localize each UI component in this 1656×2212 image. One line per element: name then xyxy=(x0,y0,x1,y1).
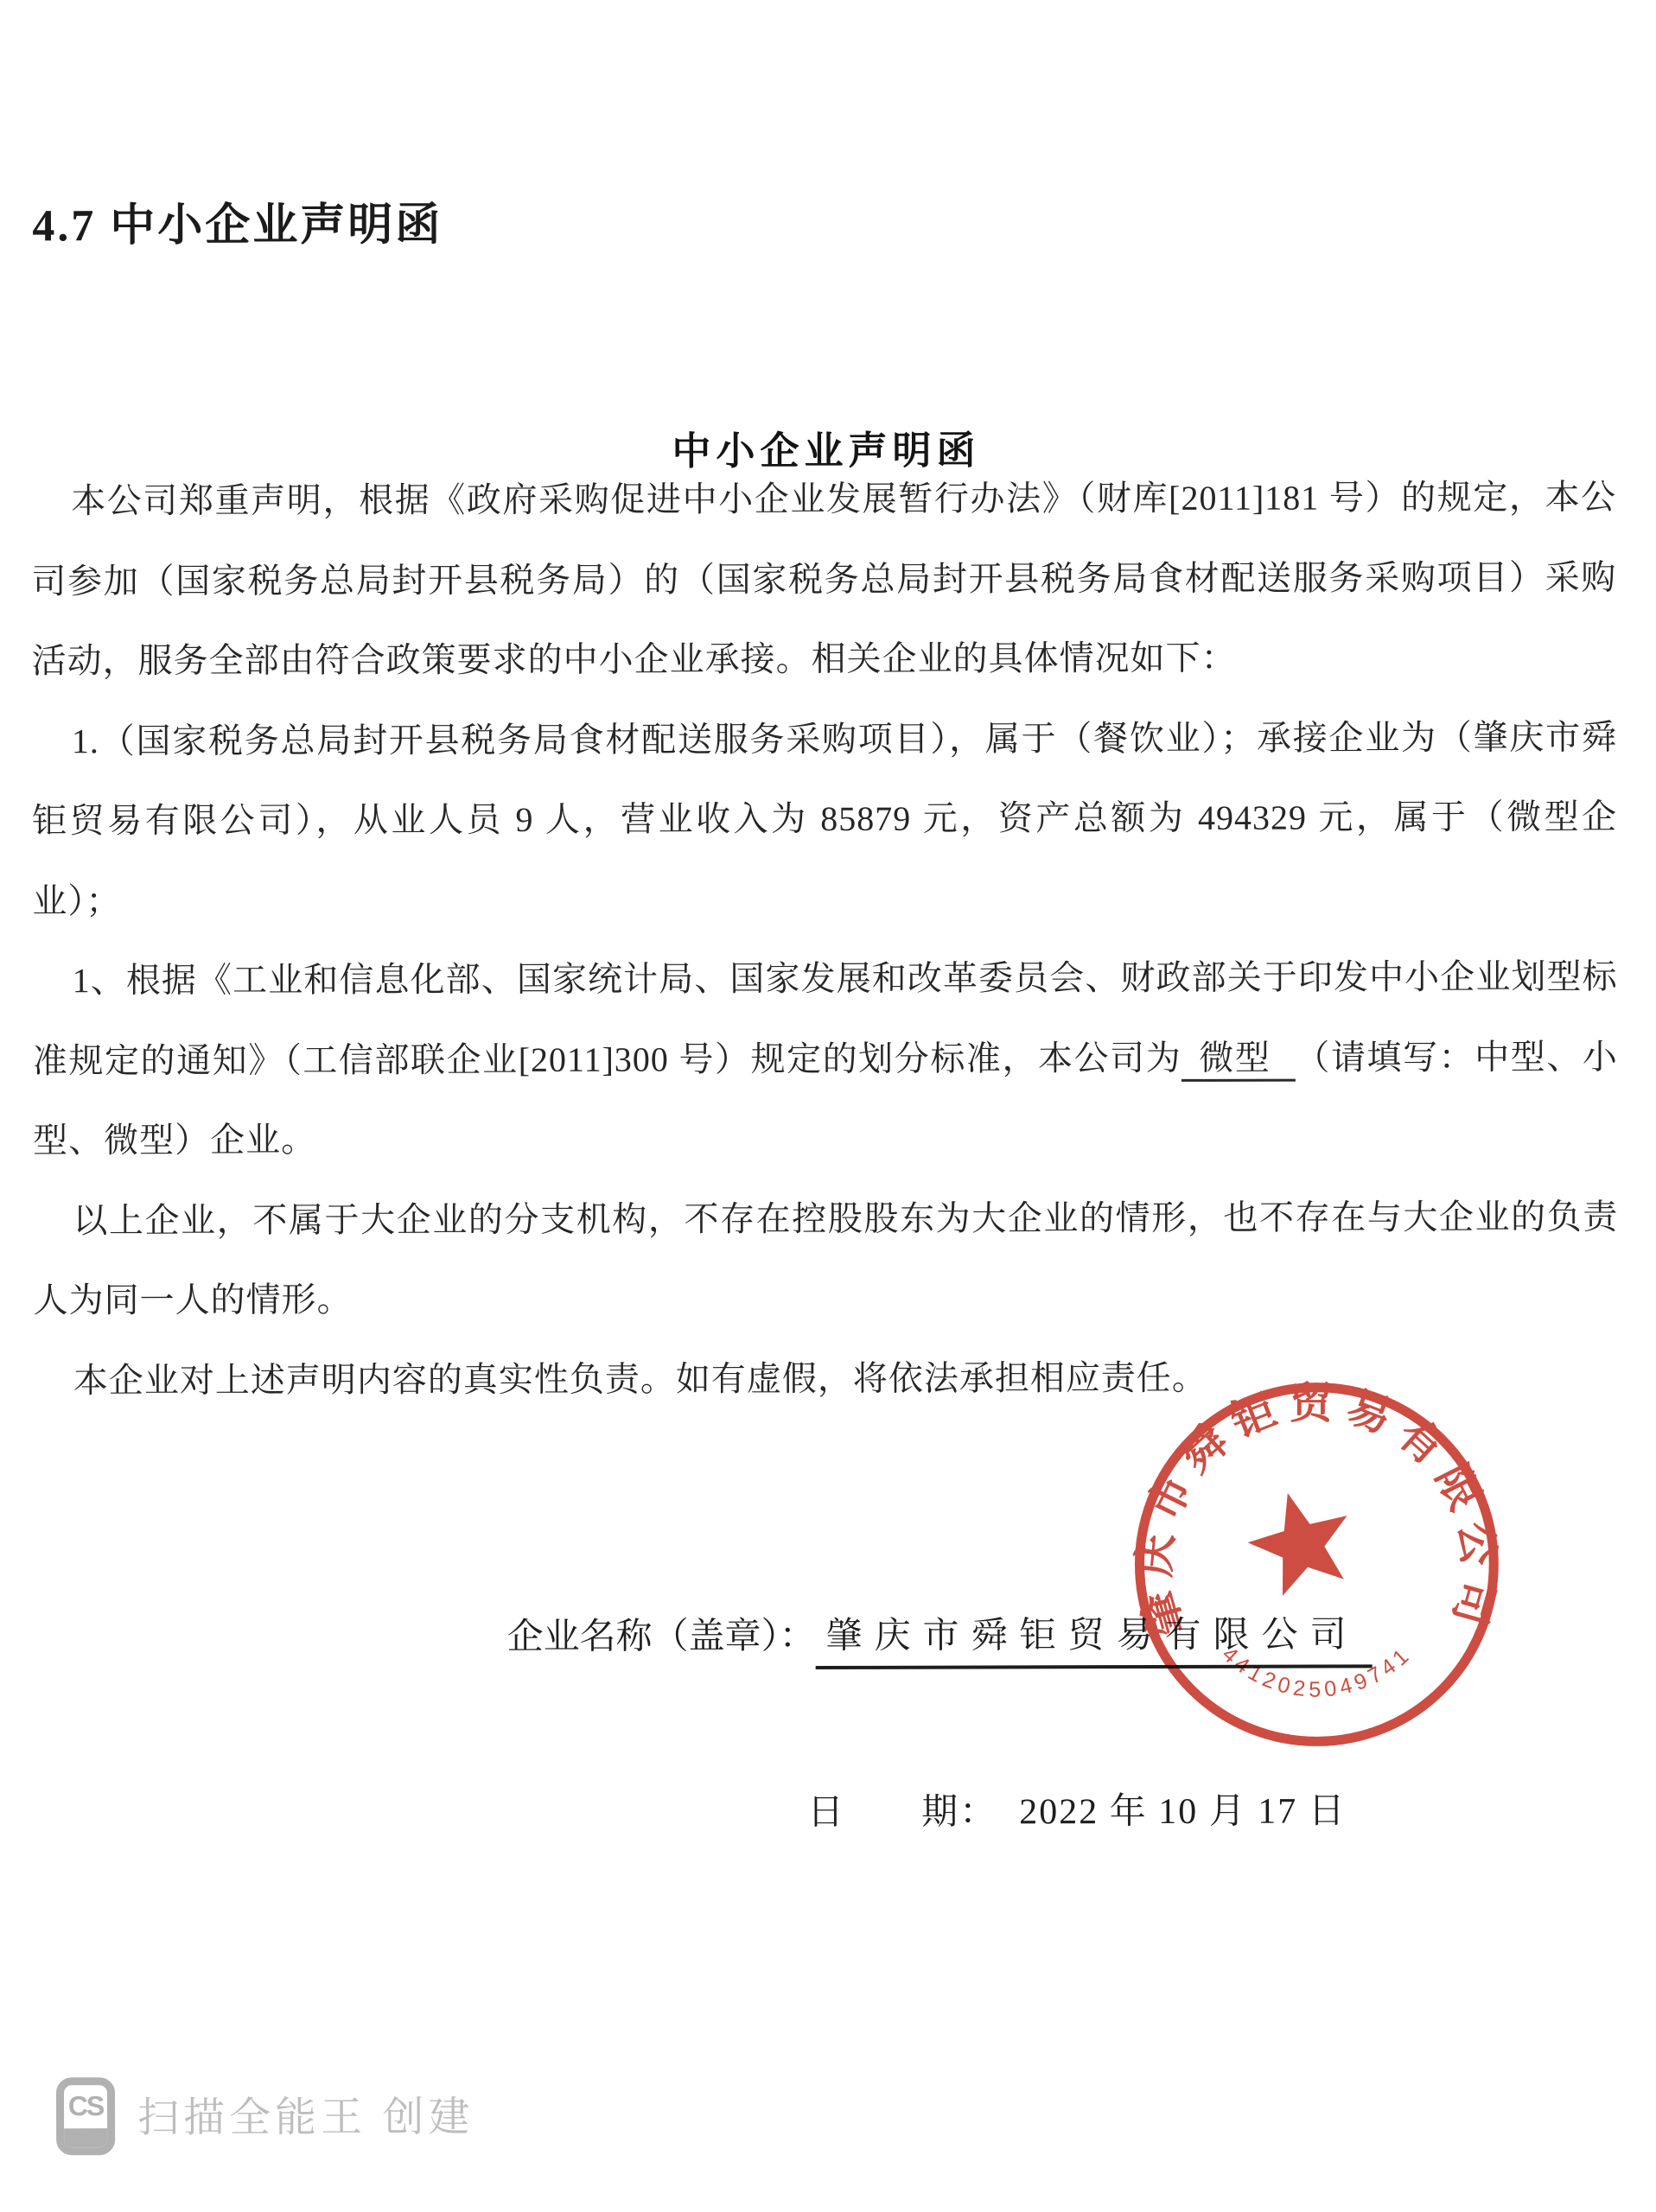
section-heading: 4.7 中小企业声明函 xyxy=(32,188,443,253)
watermark-text: 扫描全能王 创建 xyxy=(137,2083,475,2144)
company-name: 肇庆市舜钜贸易有限公司 xyxy=(816,1605,1373,1669)
enterprise-type-fill: 微型 xyxy=(1181,1038,1295,1081)
camscanner-logo-letters: CS xyxy=(64,2090,107,2122)
camscanner-logo-bar xyxy=(64,2128,107,2147)
paragraph-responsibility: 本企业对上述声明内容的真实性负责。如有虚假，将依法承担相应责任。 xyxy=(34,1337,1619,1421)
seal-ring xyxy=(1139,1387,1494,1742)
company-seal-stamp: 肇庆市舜钜贸易有限公司 4412025049741 xyxy=(1124,1372,1509,1757)
seal-arc-text: 肇庆市舜钜贸易有限公司 xyxy=(1129,1378,1504,1641)
seal-star-icon xyxy=(1238,1479,1363,1600)
document-body: 本公司郑重声明，根据《政府采购促进中小企业发展暂行办法》（财库[2011]181… xyxy=(31,458,1619,1421)
paragraph-item1: 1.（国家税务总局封开县税务局食材配送服务采购项目），属于（餐饮业）；承接企业为… xyxy=(32,697,1618,941)
paragraph-item2: 1、根据《工业和信息化部、国家统计局、国家发展和改革委员会、财政部关于印发中小企… xyxy=(32,938,1618,1181)
date-line: 日 期： 2022 年 10 月 17 日 xyxy=(807,1782,1347,1835)
date-value: 2022 年 10 月 17 日 xyxy=(1019,1791,1347,1832)
document-content: 4.7 中小企业声明函 中小企业声明函 本公司郑重声明，根据《政府采购促进中小企… xyxy=(0,0,1656,2212)
date-label: 日 期： xyxy=(807,1792,1019,1833)
signature-line: 企业名称（盖章）：肇庆市舜钜贸易有限公司 xyxy=(507,1605,1373,1670)
camscanner-logo-icon: CS xyxy=(56,2077,115,2155)
svg-text:肇庆市舜钜贸易有限公司: 肇庆市舜钜贸易有限公司 xyxy=(1129,1378,1504,1641)
paragraph-intro: 本公司郑重声明，根据《政府采购促进中小企业发展暂行办法》（财库[2011]181… xyxy=(31,458,1617,702)
camscanner-watermark: CS 扫描全能王 创建 xyxy=(56,2076,475,2155)
scanned-document-page: 4.7 中小企业声明函 中小企业声明函 本公司郑重声明，根据《政府采购促进中小企… xyxy=(0,0,1656,2212)
paragraph-no-affiliation: 以上企业，不属于大企业的分支机构，不存在控股股东为大企业的情形，也不存在与大企业… xyxy=(33,1177,1618,1341)
signature-label: 企业名称（盖章）： xyxy=(507,1617,816,1657)
seal-graphic: 肇庆市舜钜贸易有限公司 4412025049741 xyxy=(1124,1372,1509,1757)
